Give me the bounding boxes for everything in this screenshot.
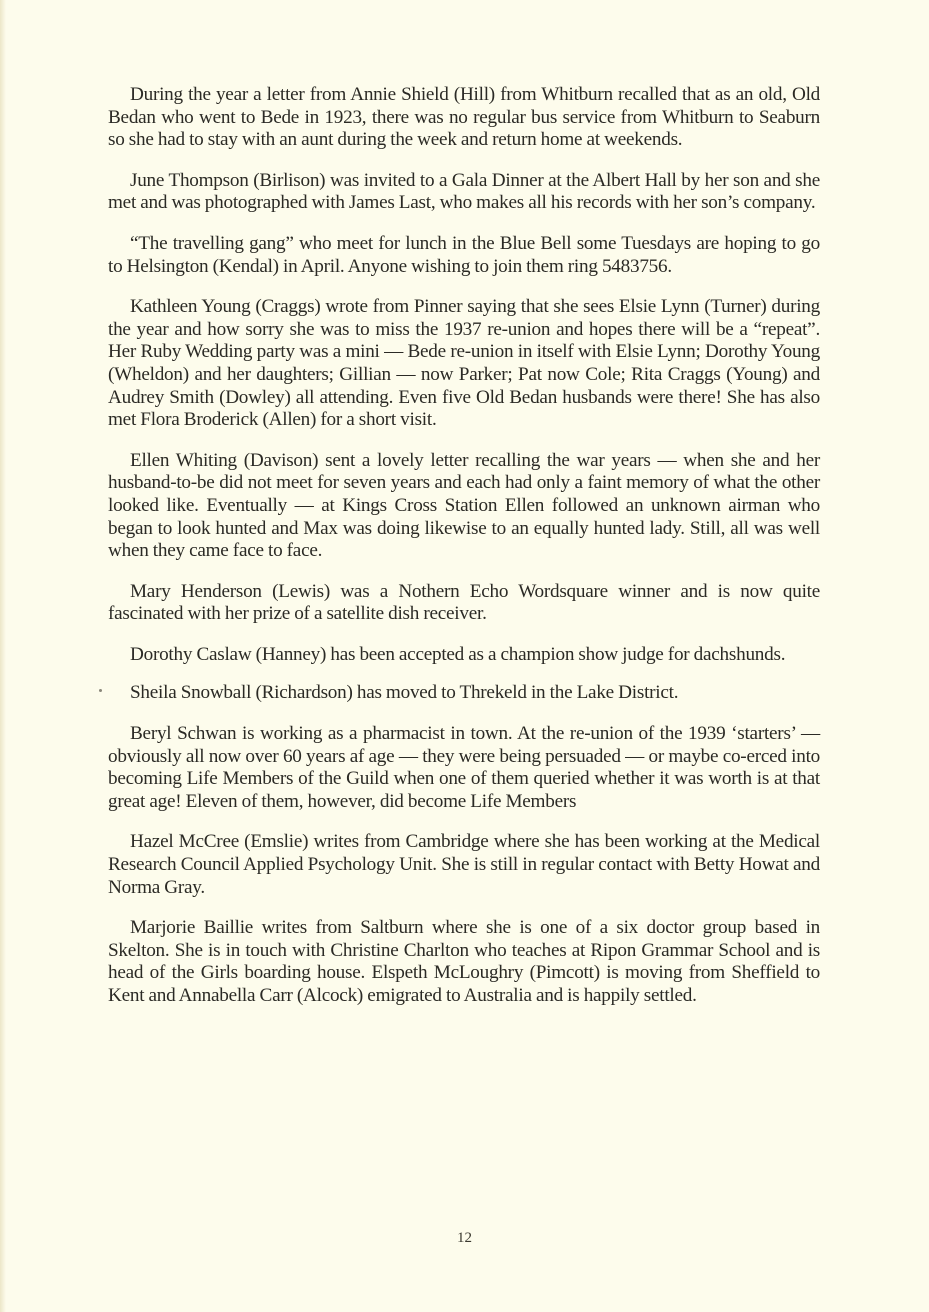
paragraph-june-thompson: June Thompson (Birlison) was invited to … — [108, 170, 820, 215]
paragraph-annie-shield: During the year a letter from Annie Shie… — [108, 84, 820, 152]
paragraph-sheila-snowball: Sheila Snowball (Richardson) has moved t… — [108, 682, 820, 705]
paragraph-hazel-mccree: Hazel McCree (Emslie) writes from Cambri… — [108, 831, 820, 899]
paragraph-ellen-whiting: Ellen Whiting (Davison) sent a lovely le… — [108, 450, 820, 563]
paragraph-beryl-schwan: Beryl Schwan is working as a pharmacist … — [108, 723, 820, 813]
paragraph-travelling-gang: “The travelling gang” who meet for lunch… — [108, 233, 820, 278]
paragraph-marjorie-baillie: Marjorie Baillie writes from Saltburn wh… — [108, 917, 820, 1007]
paragraph-dorothy-caslaw: Dorothy Caslaw (Hanney) has been accepte… — [108, 644, 820, 667]
paragraph-mary-henderson: Mary Henderson (Lewis) was a Nothern Ech… — [108, 581, 820, 626]
document-body: During the year a letter from Annie Shie… — [108, 84, 820, 1008]
margin-dot — [99, 689, 102, 692]
page-number: 12 — [0, 1230, 929, 1247]
page-edge-shadow — [0, 0, 6, 1312]
paragraph-kathleen-young: Kathleen Young (Craggs) wrote from Pinne… — [108, 296, 820, 432]
